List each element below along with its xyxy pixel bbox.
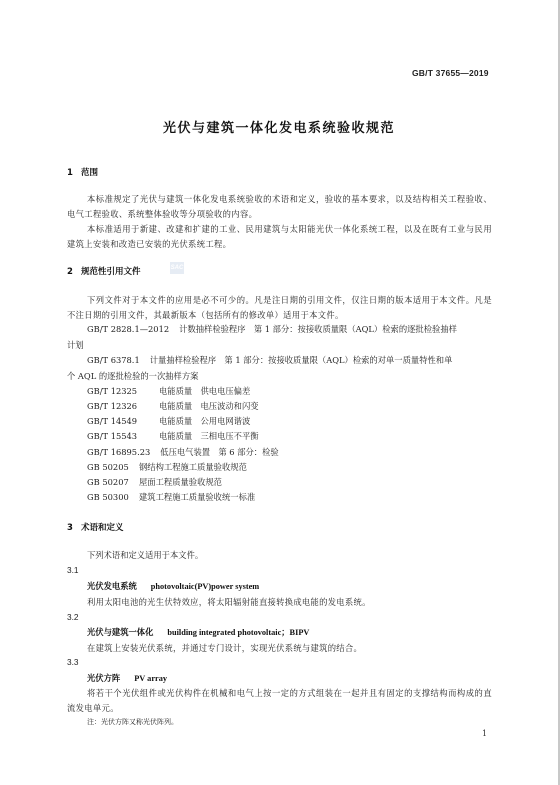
section-title: 规范性引用文件 xyxy=(81,267,141,277)
term-en: photovoltaic(PV)power system xyxy=(151,582,259,591)
term-note: 注：光伏方阵又称光伏阵列。 xyxy=(87,717,178,727)
term-definition: 在建筑上安装光伏系统，并通过专门设计，实现光伏系统与建筑的结合。 xyxy=(87,642,362,654)
reference-item: GB/T 12325电能质量 供电电压偏差 xyxy=(87,385,250,397)
term-number: 3.3 xyxy=(67,657,79,667)
term-definition: 利用太阳电池的光生伏特效应，将太阳辐射能直接转换成电能的发电系统。 xyxy=(87,596,371,608)
reference-title: 计数抽样检验程序 第 1 部分：按接收质量限（AQL）检索的逐批检验抽样 xyxy=(179,324,457,334)
reference-title: 计量抽样检验程序 第 1 部分：按接收质量限（AQL）检索的对单一质量特性和单 xyxy=(150,355,453,365)
section-heading-scope: 1范围 xyxy=(67,166,98,178)
term-en: building integrated photovoltaic；BIPV xyxy=(167,628,309,637)
term-en: PV array xyxy=(134,674,167,683)
reference-title: 建筑工程施工质量验收统一标准 xyxy=(139,492,255,502)
section-number: 3 xyxy=(67,523,81,533)
term-entry: 光伏方阵PV array xyxy=(87,672,167,684)
sac-watermark-icon: SAC xyxy=(170,262,184,274)
term-number: 3.1 xyxy=(67,565,79,575)
term-entry: 光伏发电系统photovoltaic(PV)power system xyxy=(87,580,259,592)
reference-code: GB/T 14549 xyxy=(87,416,149,426)
reference-code: GB/T 15543 xyxy=(87,431,149,441)
reference-code: GB/T 12325 xyxy=(87,386,149,396)
reference-title: 电能质量 三相电压不平衡 xyxy=(159,431,259,441)
reference-item: GB/T 16895.23低压电气装置 第 6 部分：检验 xyxy=(87,446,279,458)
reference-code: GB 50300 xyxy=(87,492,129,502)
reference-item: GB 50205钢结构工程施工质量验收规范 xyxy=(87,461,247,473)
term-definition: 将若干个光伏组件或光伏构件在机械和电气上按一定的方式组装在一起并且有固定的支撑结… xyxy=(67,686,492,716)
reference-item: GB 50300建筑工程施工质量验收统一标准 xyxy=(87,491,255,503)
reference-code: GB/T 6378.1 xyxy=(87,355,140,365)
reference-code: GB/T 16895.23 xyxy=(87,447,150,457)
reference-code: GB/T 2828.1—2012 xyxy=(87,324,169,334)
section-number: 2 xyxy=(67,267,81,277)
reference-item: GB/T 2828.1—2012计数抽样检验程序 第 1 部分：按接收质量限（A… xyxy=(87,323,457,335)
scope-paragraph-2: 本标准适用于新建、改建和扩建的工业、民用建筑与太阳能光伏一体化系统工程，以及在既… xyxy=(67,222,492,252)
reference-title: 电能质量 电压波动和闪变 xyxy=(159,401,259,411)
reference-item: GB/T 14549电能质量 公用电网谐波 xyxy=(87,415,250,427)
reference-title: 电能质量 公用电网谐波 xyxy=(159,416,250,426)
reference-title: 电能质量 供电电压偏差 xyxy=(159,386,250,396)
section-title: 范围 xyxy=(81,168,98,178)
reference-title: 低压电气装置 第 6 部分：检验 xyxy=(160,447,278,457)
document-title: 光伏与建筑一体化发电系统验收规范 xyxy=(0,117,558,136)
reference-code: GB 50205 xyxy=(87,462,129,472)
term-number: 3.2 xyxy=(67,612,79,622)
scope-paragraph-1: 本标准规定了光伏与建筑一体化发电系统验收的术语和定义，验收的基本要求，以及结构相… xyxy=(67,192,492,222)
term-zh: 光伏与建筑一体化 xyxy=(87,627,153,637)
reference-item: GB 50207屋面工程质量验收规范 xyxy=(87,476,222,488)
document-page: GB/T 37655—2019 光伏与建筑一体化发电系统验收规范 1范围 本标准… xyxy=(0,0,560,785)
page-number: 1 xyxy=(482,729,487,738)
section-number: 1 xyxy=(67,168,81,178)
reference-item: GB/T 12326电能质量 电压波动和闪变 xyxy=(87,400,259,412)
reference-code: GB 50207 xyxy=(87,477,129,487)
reference-title: 钢结构工程施工质量验收规范 xyxy=(139,462,247,472)
standard-code: GB/T 37655—2019 xyxy=(412,68,489,78)
reference-continuation: 个 AQL 的逐批检验的一次抽样方案 xyxy=(67,369,198,384)
reference-title: 屋面工程质量验收规范 xyxy=(139,477,222,487)
reference-continuation: 计划 xyxy=(67,338,84,353)
section-heading-terms: 3术语和定义 xyxy=(67,521,124,533)
term-entry: 光伏与建筑一体化building integrated photovoltaic… xyxy=(87,626,309,638)
reference-code: GB/T 12326 xyxy=(87,401,149,411)
terms-intro: 下列术语和定义适用于本文件。 xyxy=(87,548,203,563)
references-intro: 下列文件对于本文件的应用是必不可少的。凡是注日期的引用文件，仅注日期的版本适用于… xyxy=(67,293,492,323)
section-title: 术语和定义 xyxy=(81,523,124,533)
term-zh: 光伏发电系统 xyxy=(87,581,137,591)
reference-item: GB/T 15543电能质量 三相电压不平衡 xyxy=(87,430,259,442)
reference-item: GB/T 6378.1计量抽样检验程序 第 1 部分：按接收质量限（AQL）检索… xyxy=(87,354,452,366)
section-heading-normative-references: 2规范性引用文件 xyxy=(67,265,141,277)
term-zh: 光伏方阵 xyxy=(87,673,120,683)
